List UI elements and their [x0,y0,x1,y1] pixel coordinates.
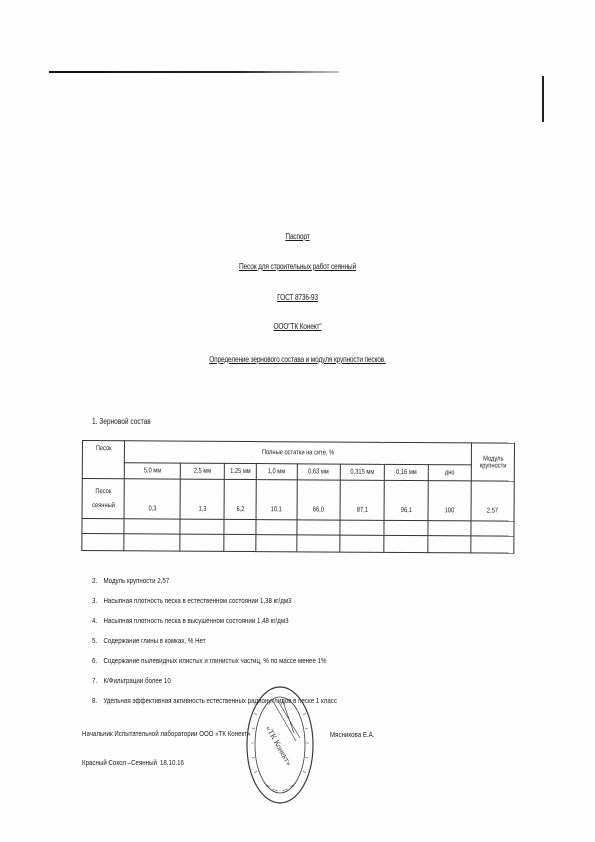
signature-date: 18.10.16 [160,758,184,767]
scan-side-mark [542,76,544,122]
table-row: Песок сеянный 0,3 1,3 6,2 10,1 66,0 87,1… [82,479,514,522]
residue-value: 0,3 [124,479,180,519]
list-item: 3.Насыпная плотность песка в естественно… [92,596,291,605]
document-title: Паспорт [54,232,542,241]
grain-composition-table: Песок Полные остатки на сите, % Модуль к… [81,440,515,554]
company-stamp-icon: «ТК Конект» [244,683,316,813]
header-sieve: 2,5 мм [180,463,224,479]
residue-value: 10,1 [256,480,297,520]
header-sieve: 1,25 мм [224,463,256,479]
header-sieve: дно [428,465,471,481]
signatory-position: Начальник Испытательной лаборатории ООО … [82,729,251,738]
residue-value: 100 [428,481,471,521]
document-subject: Определение зернового состава и модуля к… [54,355,542,364]
header-sieve: 1,0 мм [256,464,297,480]
header-sieve: 0,16 мм [384,464,428,480]
scan-top-rule [49,71,339,73]
list-item: 5.Содержание глины в комках, % Нет [92,636,206,645]
document-page: Паспорт Песок для строительных работ сея… [0,0,595,842]
header-full-residue: Полные остатки на сите, % [124,441,471,465]
list-item: 6.Содержание пылевидных илистых и глинис… [92,656,326,665]
signatory-name: Мясникова Е.А. [330,730,374,739]
standard-reference: ГОСТ 8736-93 [54,293,542,302]
header-sieve: 5,0 мм [124,463,180,479]
row-sand-name: Песок сеянный [82,479,124,519]
stamp-center-text: «ТК Конект» [264,724,294,767]
company-name: ООО"ТК Конект" [54,322,542,331]
list-item: 2.Модуль крупности 2,57 [92,576,169,585]
modulus-value: 2,57 [471,481,514,521]
header-modulus: Модуль крупности [471,443,514,481]
residue-value: 87,1 [340,480,384,520]
table-row-empty [82,534,514,554]
header-sieve: 0,315 мм [340,464,384,480]
section-grain-composition: 1. Зерновой состав [92,417,151,426]
header-sieve: 0,63 мм [297,464,340,480]
list-item: 7.К/Фильтрации более 10 [92,676,171,685]
signature-place: Красный Сокол –Сеянный [82,758,157,767]
residue-value: 1,3 [180,479,224,519]
product-name: Песок для строительных работ сеянный [54,262,542,271]
residue-value: 66,0 [297,480,340,520]
residue-value: 96,1 [384,480,428,520]
header-sand: Песок [82,441,124,479]
residue-value: 6,2 [224,479,256,519]
list-item: 4.Насыпная плотность песка в высушенном … [92,616,289,625]
